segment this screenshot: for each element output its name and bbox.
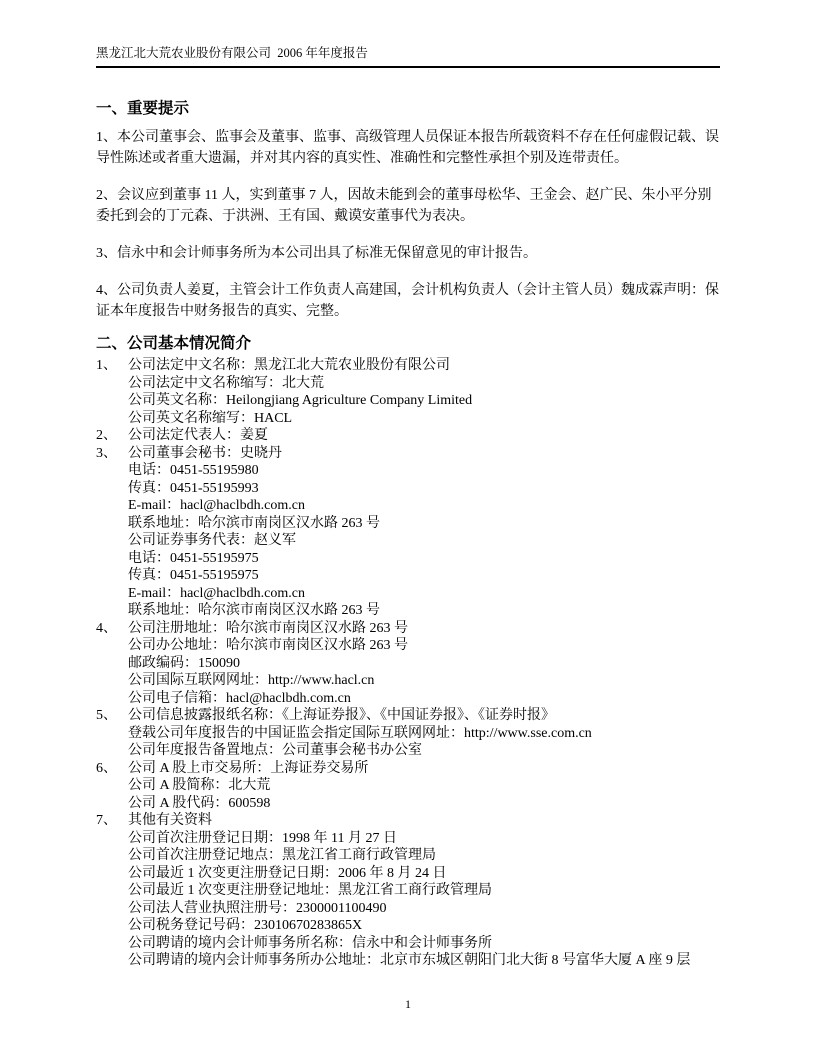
text-line: 公司聘请的境内会计师事务所名称：信永中和会计师事务所	[128, 935, 720, 953]
page-header: 黑龙江北大荒农业股份有限公司 2006 年年度报告	[96, 45, 720, 68]
text-line: 公司首次注册登记日期：1998 年 11 月 27 日	[128, 830, 720, 848]
text-line: 4、公司负责人姜夏，主管会计工作负责人高建国，会计机构负责人（会计主管人员）魏成…	[96, 280, 720, 301]
item-number: 1、	[96, 357, 128, 375]
text-line: 公司首次注册登记地点：黑龙江省工商行政管理局	[128, 847, 720, 865]
text-line: 登载公司年度报告的中国证监会指定国际互联网网址：http://www.sse.c…	[128, 725, 720, 743]
item-number: 2、	[96, 427, 128, 445]
info-item-6: 6、 公司 A 股上市交易所：上海证券交易所 公司 A 股简称：北大荒 公司 A…	[96, 760, 720, 813]
item-lines: 公司董事会秘书：史晓丹 电话：0451-55195980 传真：0451-551…	[128, 445, 720, 620]
text-line: 公司董事会秘书：史晓丹	[128, 445, 720, 463]
text-line: 公司法定代表人：姜夏	[128, 427, 720, 445]
item-lines: 公司注册地址：哈尔滨市南岗区汉水路 263 号 公司办公地址：哈尔滨市南岗区汉水…	[128, 620, 720, 708]
text-line: 2、会议应到董事 11 人，实到董事 7 人，因故未能到会的董事母松华、王金会、…	[96, 185, 720, 206]
text-line: 公司办公地址：哈尔滨市南岗区汉水路 263 号	[128, 637, 720, 655]
item-number: 5、	[96, 707, 128, 725]
text-line: 联系地址：哈尔滨市南岗区汉水路 263 号	[128, 515, 720, 533]
text-line: E-mail：hacl@haclbdh.com.cn	[128, 585, 720, 603]
text-line: 公司国际互联网网址：http://www.hacl.cn	[128, 672, 720, 690]
text-line: 委托到会的丁元森、于洪洲、王有国、戴谟安董事代为表决。	[96, 206, 720, 227]
notice-paragraph-4: 4、公司负责人姜夏，主管会计工作负责人高建国，会计机构负责人（会计主管人员）魏成…	[96, 280, 720, 322]
text-line: 公司税务登记号码：23010670283865X	[128, 917, 720, 935]
info-item-3: 3、 公司董事会秘书：史晓丹 电话：0451-55195980 传真：0451-…	[96, 445, 720, 620]
text-line: 公司法人营业执照注册号：2300001100490	[128, 900, 720, 918]
text-line: 公司信息披露报纸名称：《上海证券报》、《中国证券报》、《证券时报》	[128, 707, 720, 725]
notice-paragraph-3: 3、信永中和会计师事务所为本公司出具了标准无保留意见的审计报告。	[96, 243, 720, 264]
report-header-title: 黑龙江北大荒农业股份有限公司 2006 年年度报告	[96, 45, 720, 61]
text-line: 公司 A 股代码：600598	[128, 795, 720, 813]
text-line: 公司 A 股上市交易所：上海证券交易所	[128, 760, 720, 778]
item-lines: 其他有关资料 公司首次注册登记日期：1998 年 11 月 27 日 公司首次注…	[128, 812, 720, 970]
text-line: 公司最近 1 次变更注册登记地址：黑龙江省工商行政管理局	[128, 882, 720, 900]
section-important-notice-title: 一、重要提示	[96, 99, 720, 119]
info-item-4: 4、 公司注册地址：哈尔滨市南岗区汉水路 263 号 公司办公地址：哈尔滨市南岗…	[96, 620, 720, 708]
item-number: 3、	[96, 445, 128, 463]
item-lines: 公司 A 股上市交易所：上海证券交易所 公司 A 股简称：北大荒 公司 A 股代…	[128, 760, 720, 813]
text-line: 公司证券事务代表：赵义军	[128, 532, 720, 550]
item-number: 4、	[96, 620, 128, 638]
text-line: 3、信永中和会计师事务所为本公司出具了标准无保留意见的审计报告。	[96, 243, 720, 264]
text-line: 传真：0451-55195993	[128, 480, 720, 498]
text-line: 公司注册地址：哈尔滨市南岗区汉水路 263 号	[128, 620, 720, 638]
report-page: 黑龙江北大荒农业股份有限公司 2006 年年度报告 一、重要提示 1、本公司董事…	[0, 0, 815, 1055]
item-number: 7、	[96, 812, 128, 830]
item-lines: 公司法定中文名称：黑龙江北大荒农业股份有限公司 公司法定中文名称缩写：北大荒 公…	[128, 357, 720, 427]
text-line: 邮政编码：150090	[128, 655, 720, 673]
text-line: 公司 A 股简称：北大荒	[128, 777, 720, 795]
text-line: 证本年度报告中财务报告的真实、完整。	[96, 301, 720, 322]
text-line: 公司最近 1 次变更注册登记日期：2006 年 8 月 24 日	[128, 865, 720, 883]
info-item-2: 2、 公司法定代表人：姜夏	[96, 427, 720, 445]
text-line: 传真：0451-55195975	[128, 567, 720, 585]
company-info-list: 1、 公司法定中文名称：黑龙江北大荒农业股份有限公司 公司法定中文名称缩写：北大…	[96, 357, 720, 970]
text-line: 公司电子信箱：hacl@haclbdh.com.cn	[128, 690, 720, 708]
info-item-5: 5、 公司信息披露报纸名称：《上海证券报》、《中国证券报》、《证券时报》 登载公…	[96, 707, 720, 760]
text-line: 联系地址：哈尔滨市南岗区汉水路 263 号	[128, 602, 720, 620]
item-lines: 公司信息披露报纸名称：《上海证券报》、《中国证券报》、《证券时报》 登载公司年度…	[128, 707, 720, 760]
notice-paragraph-2: 2、会议应到董事 11 人，实到董事 7 人，因故未能到会的董事母松华、王金会、…	[96, 185, 720, 227]
text-line: 1、本公司董事会、监事会及董事、监事、高级管理人员保证本报告所载资料不存在任何虚…	[96, 127, 720, 148]
info-item-7: 7、 其他有关资料 公司首次注册登记日期：1998 年 11 月 27 日 公司…	[96, 812, 720, 970]
text-line: 公司英文名称：Heilongjiang Agriculture Company …	[128, 392, 720, 410]
text-line: 公司聘请的境内会计师事务所办公地址：北京市东城区朝阳门北大街 8 号富华大厦 A…	[128, 952, 720, 970]
text-line: 公司法定中文名称缩写：北大荒	[128, 375, 720, 393]
text-line: 公司年度报告备置地点：公司董事会秘书办公室	[128, 742, 720, 760]
text-line: 公司法定中文名称：黑龙江北大荒农业股份有限公司	[128, 357, 720, 375]
text-line: 电话：0451-55195975	[128, 550, 720, 568]
item-number: 6、	[96, 760, 128, 778]
page-number: 1	[96, 996, 720, 1012]
notice-paragraph-1: 1、本公司董事会、监事会及董事、监事、高级管理人员保证本报告所载资料不存在任何虚…	[96, 127, 720, 169]
text-line: 导性陈述或者重大遗漏，并对其内容的真实性、准确性和完整性承担个别及连带责任。	[96, 148, 720, 169]
text-line: 公司英文名称缩写：HACL	[128, 410, 720, 428]
section-company-info-title: 二、公司基本情况简介	[96, 334, 720, 354]
text-line: 其他有关资料	[128, 812, 720, 830]
text-line: 电话：0451-55195980	[128, 462, 720, 480]
info-item-1: 1、 公司法定中文名称：黑龙江北大荒农业股份有限公司 公司法定中文名称缩写：北大…	[96, 357, 720, 427]
text-line: E-mail：hacl@haclbdh.com.cn	[128, 497, 720, 515]
item-lines: 公司法定代表人：姜夏	[128, 427, 720, 445]
